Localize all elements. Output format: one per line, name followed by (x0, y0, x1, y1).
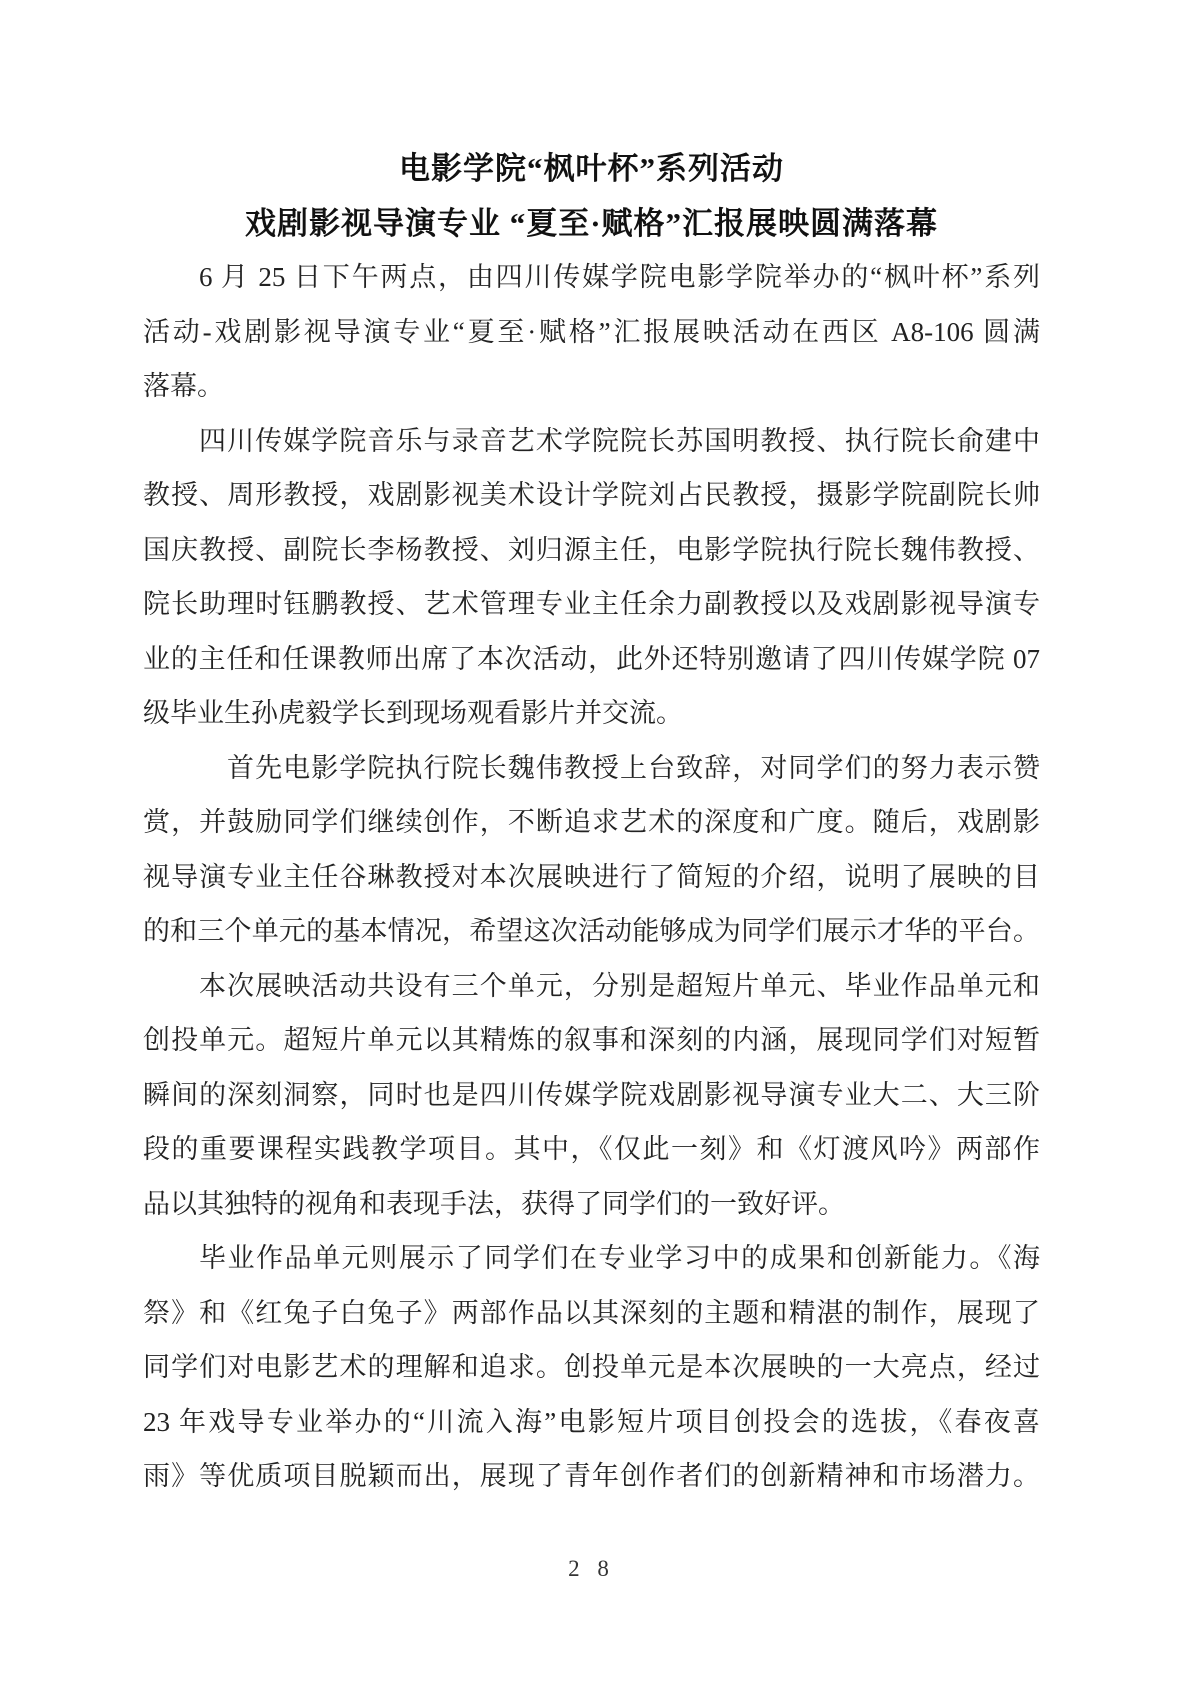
body-text-line: 活动-戏剧影视导演专业“夏至·赋格”汇报展映活动在西区 A8-106 圆满 (143, 305, 1040, 360)
body-text-line: 毕业作品单元则展示了同学们在专业学习中的成果和创新能力。《海 (143, 1231, 1040, 1286)
body-text-line: 业的主任和任课教师出席了本次活动，此外还特别邀请了四川传媒学院 07 (143, 632, 1040, 687)
body-text-line: 23 年戏导专业举办的“川流入海”电影短片项目创投会的选拔，《春夜喜 (143, 1395, 1040, 1450)
page-number: 2 8 (143, 1556, 1040, 1582)
body-text-line: 本次展映活动共设有三个单元，分别是超短片单元、毕业作品单元和 (143, 959, 1040, 1014)
body-text-line: 落幕。 (143, 359, 1040, 414)
body-text-line: 视导演专业主任谷琳教授对本次展映进行了简短的介绍，说明了展映的目 (143, 850, 1040, 905)
body-text-line: 级毕业生孙虎毅学长到现场观看影片并交流。 (143, 686, 1040, 741)
body-text-line: 祭》和《红兔子白兔子》两部作品以其深刻的主题和精湛的制作，展现了 (143, 1286, 1040, 1341)
body-text-line: 教授、周形教授，戏剧影视美术设计学院刘占民教授，摄影学院副院长帅 (143, 468, 1040, 523)
body-text-line: 国庆教授、副院长李杨教授、刘归源主任，电影学院执行院长魏伟教授、 (143, 523, 1040, 578)
body-text-line: 首先电影学院执行院长魏伟教授上台致辞，对同学们的努力表示赞 (143, 741, 1040, 796)
document-page: 电影学院“枫叶杯”系列活动 戏剧影视导演专业 “夏至·赋格”汇报展映圆满落幕 6… (0, 0, 1191, 1684)
body-text-line: 四川传媒学院音乐与录音艺术学院院长苏国明教授、执行院长俞建中 (143, 414, 1040, 469)
body-text-line: 品以其独特的视角和表现手法，获得了同学们的一致好评。 (143, 1177, 1040, 1232)
document-body: 6 月 25 日下午两点，由四川传媒学院电影学院举办的“枫叶杯”系列 活动-戏剧… (143, 250, 1040, 1504)
body-text-line: 段的重要课程实践教学项目。其中，《仅此一刻》和《灯渡风吟》两部作 (143, 1122, 1040, 1177)
body-text-line: 创投单元。超短片单元以其精炼的叙事和深刻的内涵，展现同学们对短暂 (143, 1013, 1040, 1068)
document-title-line2: 戏剧影视导演专业 “夏至·赋格”汇报展映圆满落幕 (143, 198, 1040, 243)
body-text-line: 雨》等优质项目脱颖而出，展现了青年创作者们的创新精神和市场潜力。 (143, 1449, 1040, 1504)
body-text-line: 赏，并鼓励同学们继续创作，不断追求艺术的深度和广度。随后，戏剧影 (143, 795, 1040, 850)
body-text-line: 同学们对电影艺术的理解和追求。创投单元是本次展映的一大亮点，经过 (143, 1340, 1040, 1395)
body-text-line: 院长助理时钰鹏教授、艺术管理专业主任余力副教授以及戏剧影视导演专 (143, 577, 1040, 632)
body-text-line: 瞬间的深刻洞察，同时也是四川传媒学院戏剧影视导演专业大二、大三阶 (143, 1068, 1040, 1123)
document-title-line1: 电影学院“枫叶杯”系列活动 (143, 143, 1040, 188)
body-text-line: 6 月 25 日下午两点，由四川传媒学院电影学院举办的“枫叶杯”系列 (143, 250, 1040, 305)
body-text-line: 的和三个单元的基本情况，希望这次活动能够成为同学们展示才华的平台。 (143, 904, 1040, 959)
